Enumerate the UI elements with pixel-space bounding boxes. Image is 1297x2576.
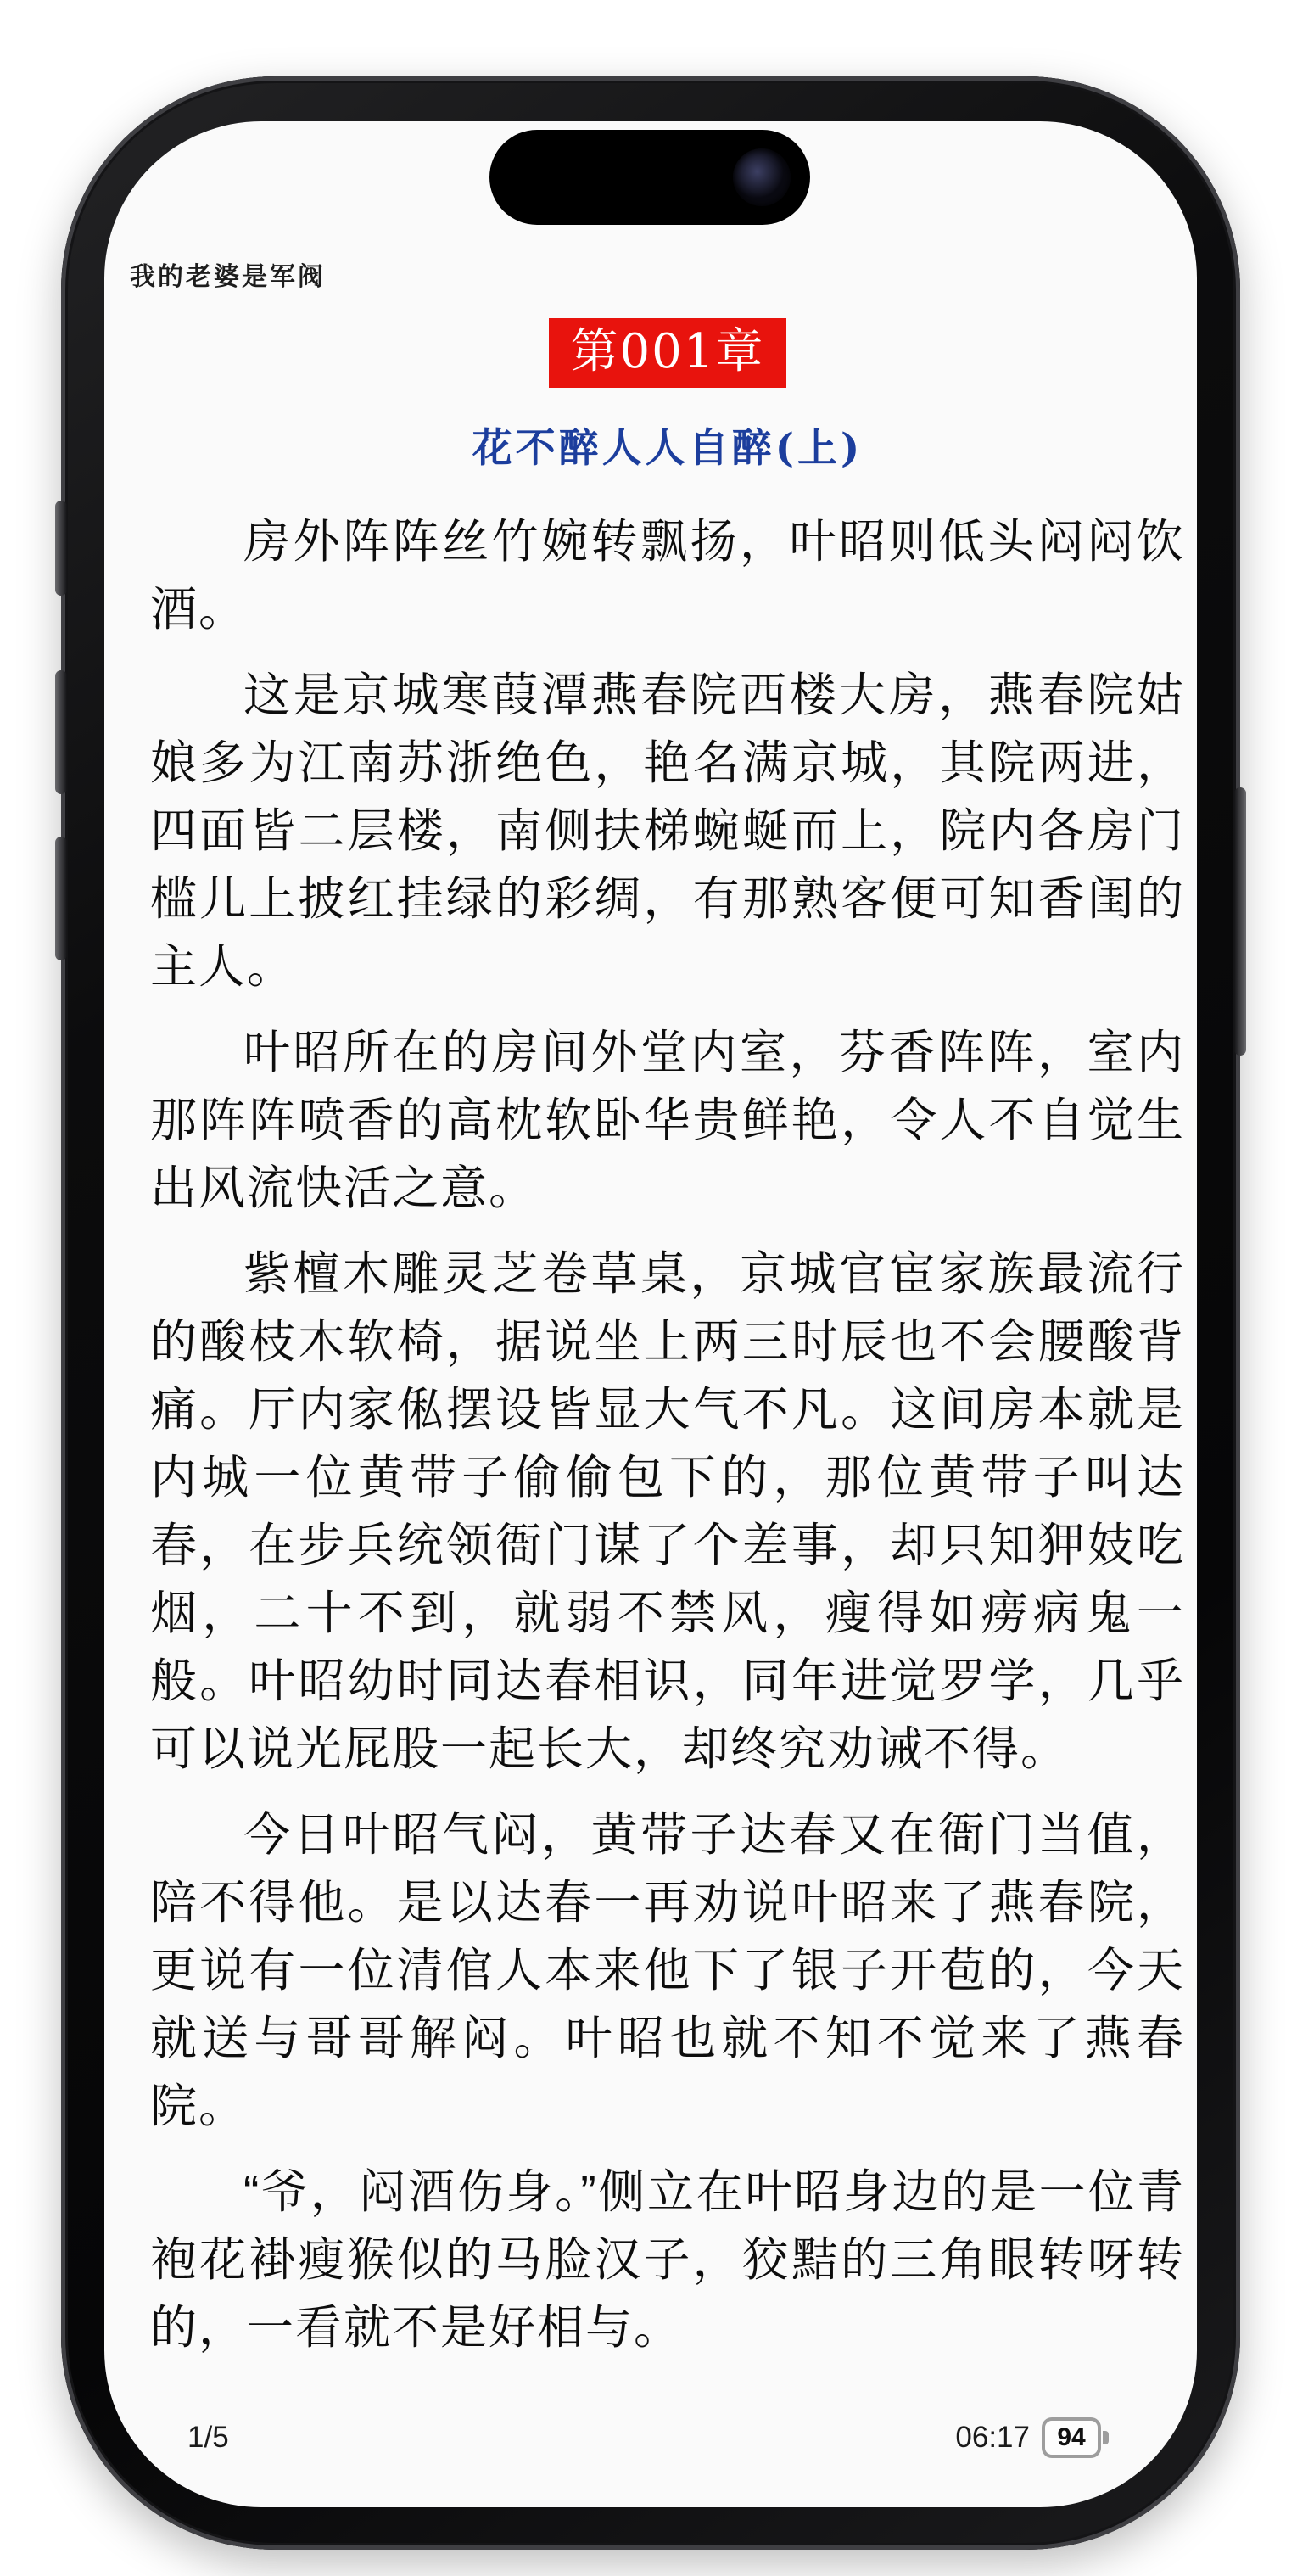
battery-percent: 94 [1057,2423,1085,2452]
paragraph: 紫檀木雕灵芝卷草桌，京城官宦家族最流行的酸枝木软椅，据说坐上两三时辰也不会腰酸背… [150,1240,1185,1783]
body-text: 房外阵阵丝竹婉转飘扬，叶昭则低头闷闷饮酒。 这是京城寒葭潭燕春院西楼大房，燕春院… [150,507,1185,2361]
book-title: 我的老婆是军阀 [130,255,326,293]
volume-up-button [55,670,67,794]
battery-icon: 94 [1042,2417,1109,2458]
chapter-content: 第001章 花不醉人人自醉(上) 房外阵阵丝竹婉转飘扬，叶昭则低头闷闷饮酒。 这… [104,318,1197,2379]
action-button [55,501,67,596]
paragraph: 这是京城寒葭潭燕春院西楼大房，燕春院姑娘多为江南苏浙绝色，艳名满京城，其院两进，… [150,661,1185,1000]
reader-page[interactable]: 我的老婆是军阀 第001章 花不醉人人自醉(上) 房外阵阵丝竹婉转飘扬，叶昭则低… [104,121,1197,2507]
phone-frame: 我的老婆是军阀 第001章 花不醉人人自醉(上) 房外阵阵丝竹婉转飘扬，叶昭则低… [61,76,1240,2550]
power-button [1234,787,1246,1056]
paragraph: 房外阵阵丝竹婉转飘扬，叶昭则低头闷闷饮酒。 [150,507,1185,643]
front-camera-icon [733,148,791,206]
page-indicator: 1/5 [187,2421,229,2455]
reader-status-bar: 1/5 06:17 94 [104,2417,1197,2458]
clock-time: 06:17 [955,2421,1030,2455]
dynamic-island [489,130,810,225]
paragraph: 今日叶昭气闷，黄带子达春又在衙门当值，陪不得他。是以达春一再劝说叶昭来了燕春院，… [150,1800,1185,2140]
volume-down-button [55,837,67,960]
chapter-subtitle: 花不醉人人自醉(上) [150,417,1185,473]
paragraph: 叶昭所在的房间外堂内室，芬香阵阵，室内那阵阵喷香的高枕软卧华贵鲜艳，令人不自觉生… [150,1018,1185,1222]
page-background: 我的老婆是军阀 第001章 花不醉人人自醉(上) 房外阵阵丝竹婉转飘扬，叶昭则低… [0,0,1297,2576]
chapter-number-badge: 第001章 [549,318,787,388]
paragraph: “爷，闷酒伤身。”侧立在叶昭身边的是一位青袍花褂瘦猴似的马脸汉子，狡黠的三角眼转… [150,2158,1185,2361]
battery-nub [1103,2431,1109,2444]
